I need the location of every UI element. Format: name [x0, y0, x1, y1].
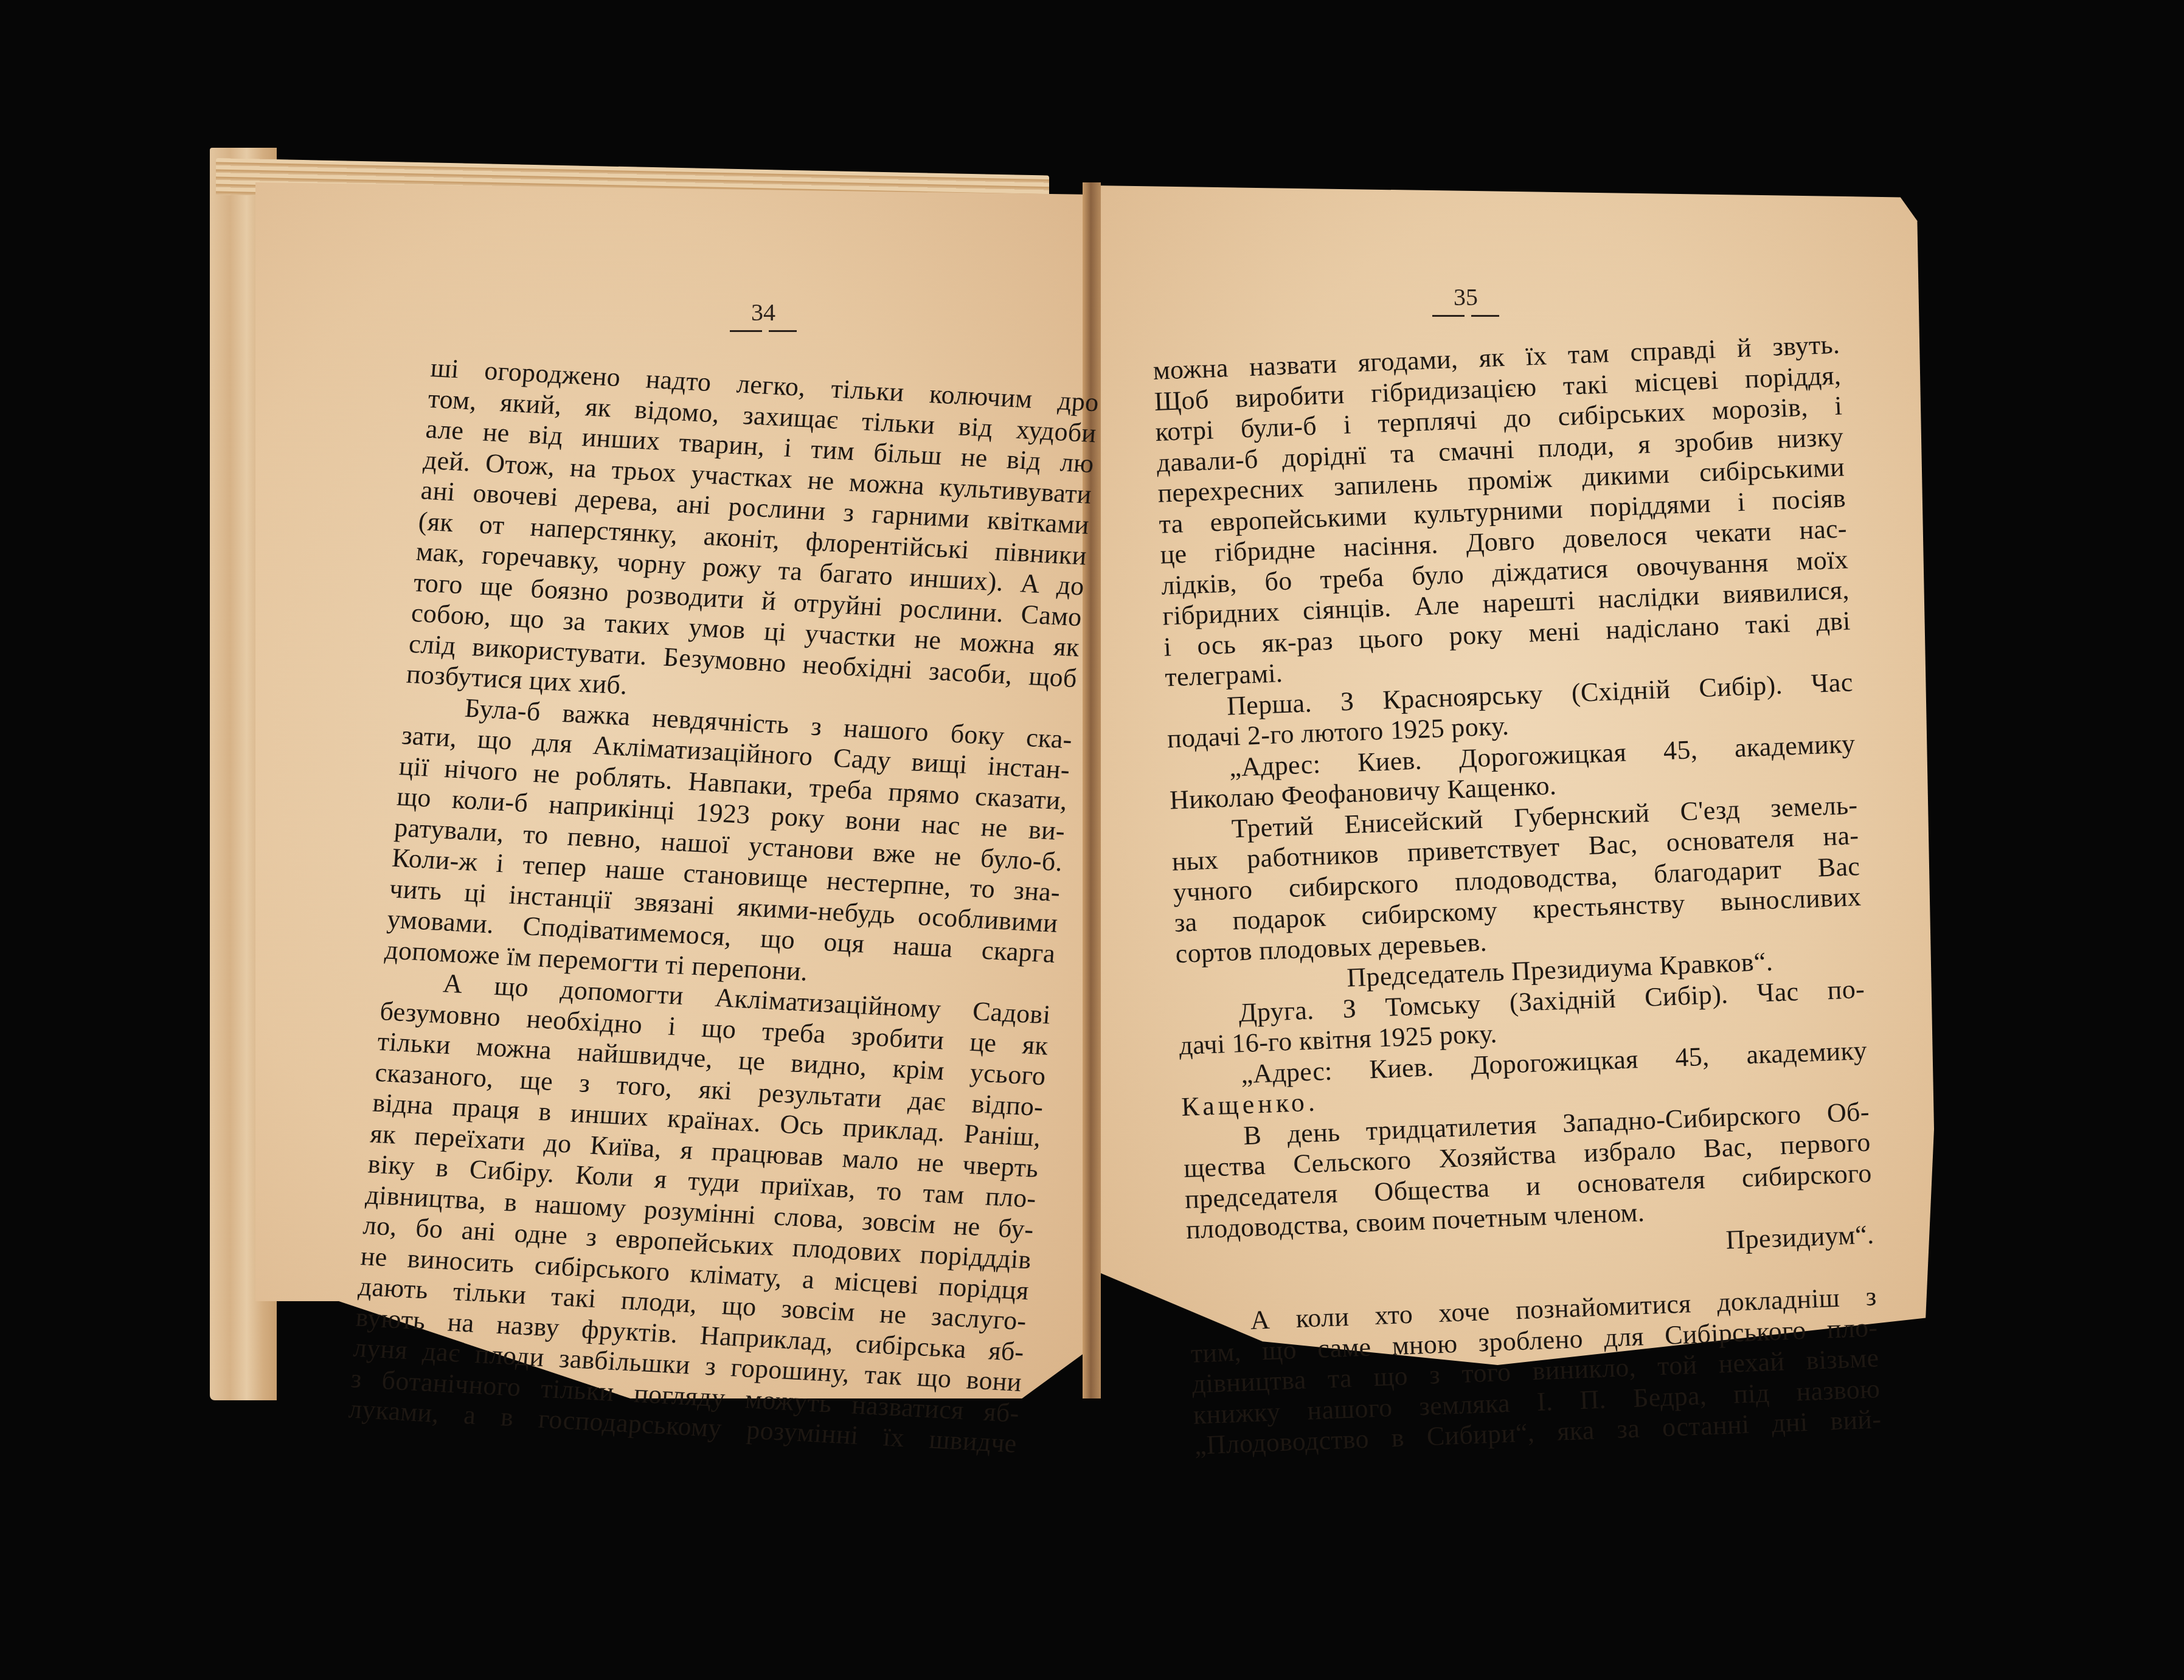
- page-number-right: 35: [1429, 283, 1502, 317]
- page-number-rule: [1432, 315, 1499, 317]
- right-page-text: можна назвати ягодами, як їх там справді…: [1153, 330, 1882, 1462]
- book-photo: 34 35 ші огороджено надто легко, тільки …: [0, 0, 2184, 1680]
- page-number-rule: [730, 330, 797, 332]
- page-number-left-text: 34: [751, 299, 775, 326]
- book-gutter: [1083, 182, 1101, 1398]
- page-number-right-text: 35: [1454, 283, 1478, 311]
- page-number-left: 34: [727, 298, 800, 332]
- left-page-text: ші огороджено надто легко, тільки колючи…: [347, 353, 1100, 1459]
